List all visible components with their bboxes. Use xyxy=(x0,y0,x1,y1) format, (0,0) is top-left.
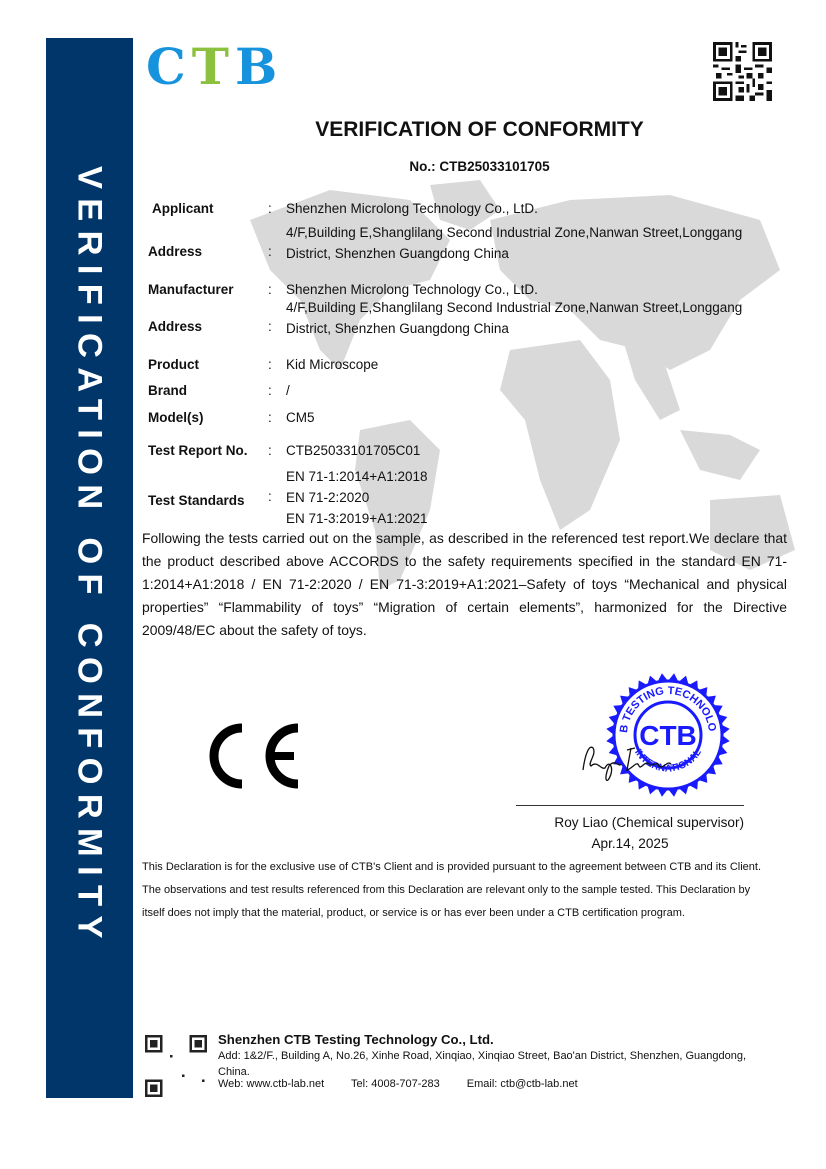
disclaimer: This Declaration is for the exclusive us… xyxy=(142,856,822,925)
footer-web: Web: www.ctb-lab.net xyxy=(218,1078,324,1090)
footer-company-name: Shenzhen CTB Testing Technology Co., Ltd… xyxy=(218,1032,494,1047)
certificate-number: No.: CTB25033101705 xyxy=(133,159,826,174)
footer-qr-code-icon xyxy=(145,1035,207,1097)
qr-code-icon xyxy=(713,42,772,101)
declaration-paragraph: Following the tests carried out on the s… xyxy=(142,527,787,642)
footer-email: Email: ctb@ctb-lab.net xyxy=(467,1078,578,1090)
ce-mark-icon xyxy=(198,722,308,790)
footer-contacts: Web: www.ctb-lab.net Tel: 4008-707-283 E… xyxy=(218,1078,602,1090)
signer-name: Roy Liao (Chemical supervisor) xyxy=(516,815,744,830)
ctb-logo: CTB xyxy=(146,42,283,92)
footer-address: Add: 1&2/F., Building A, No.26, Xinhe Ro… xyxy=(218,1048,778,1080)
signature-line xyxy=(516,805,744,806)
signature-date: Apr.14, 2025 xyxy=(560,836,700,851)
footer-tel: Tel: 4008-707-283 xyxy=(351,1078,440,1090)
handwritten-signature xyxy=(577,730,697,790)
document-title: VERIFICATION OF CONFORMITY xyxy=(133,118,826,142)
